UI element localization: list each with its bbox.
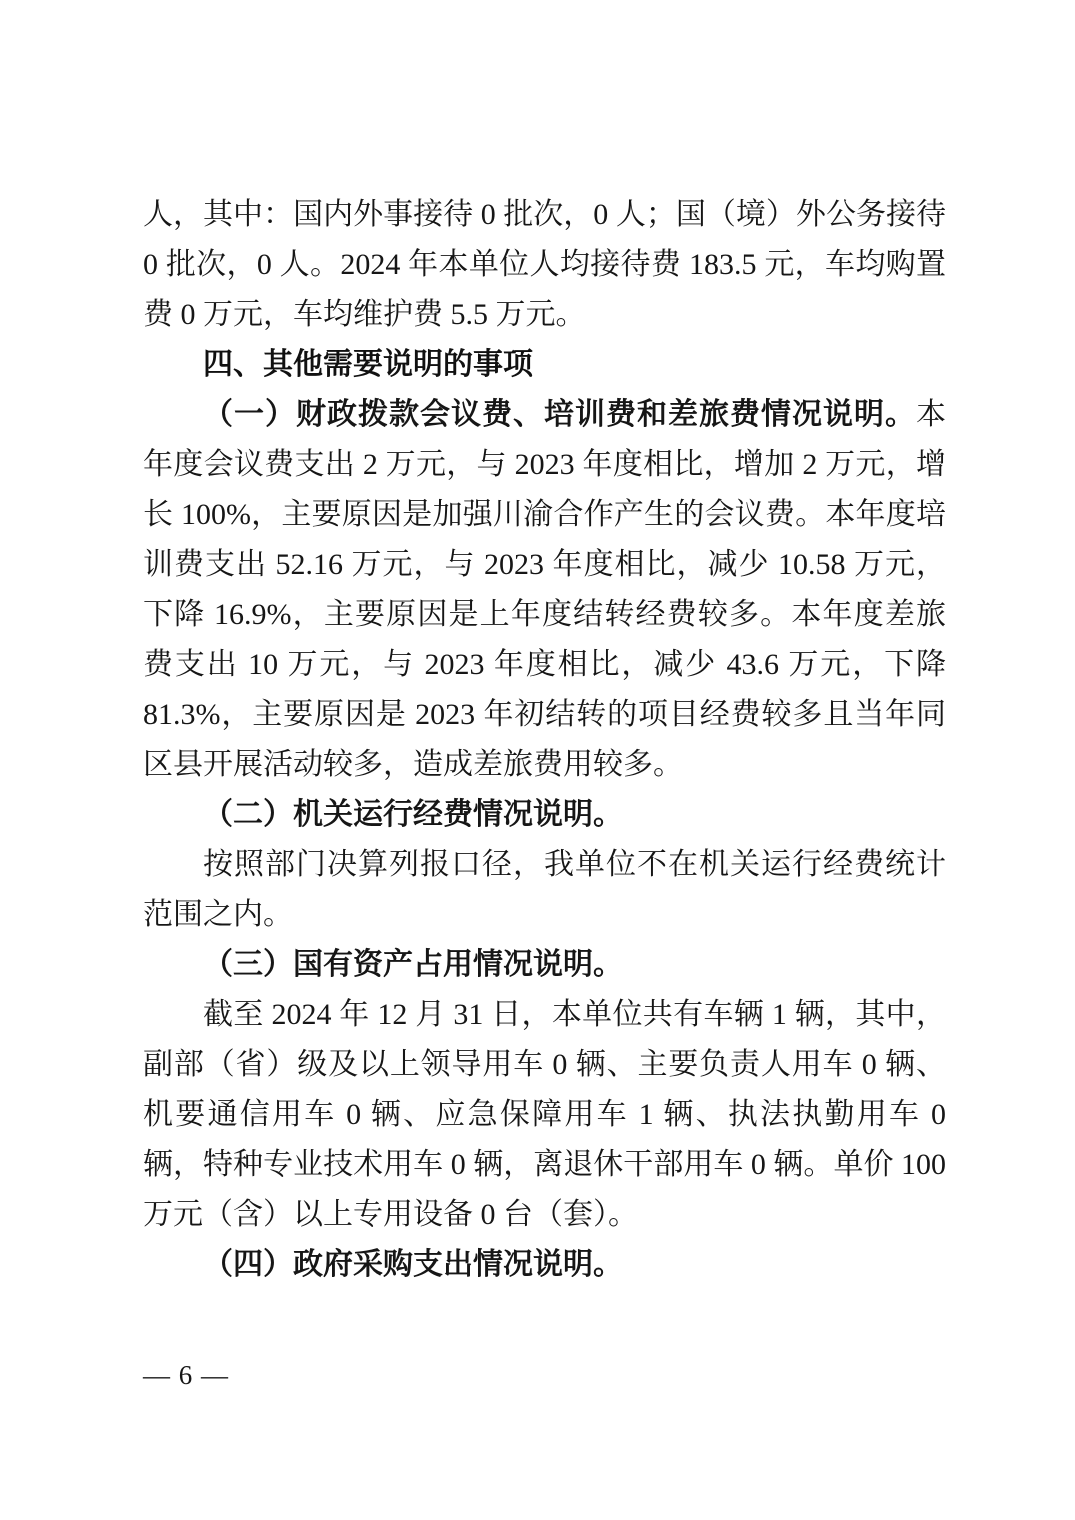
document-body: 人，其中：国内外事接待 0 批次，0 人；国（境）外公务接待 0 批次，0 人。…	[143, 190, 946, 1290]
document-page: 人，其中：国内外事接待 0 批次，0 人；国（境）外公务接待 0 批次，0 人。…	[0, 0, 1075, 1520]
paragraph-fees-explanation-text: 本年度会议费支出 2 万元，与 2023 年度相比，增加 2 万元，增长 100…	[143, 398, 946, 781]
subheading-state-assets-occupancy: （三）国有资产占用情况说明。	[143, 940, 946, 990]
paragraph-fees-explanation: （一）财政拨款会议费、培训费和差旅费情况说明。本年度会议费支出 2 万元，与 2…	[143, 390, 946, 790]
page-number: — 6 —	[143, 1355, 229, 1395]
paragraph-operating-expense-note: 按照部门决算列报口径，我单位不在机关运行经费统计范围之内。	[143, 840, 946, 940]
section-heading-other-matters: 四、其他需要说明的事项	[143, 340, 946, 390]
paragraph-state-assets-detail: 截至 2024 年 12 月 31 日，本单位共有车辆 1 辆，其中，副部（省）…	[143, 990, 946, 1240]
subheading-meeting-training-travel-fees: （一）财政拨款会议费、培训费和差旅费情况说明。	[203, 398, 916, 431]
subheading-government-procurement: （四）政府采购支出情况说明。	[143, 1240, 946, 1290]
paragraph-reception-stats: 人，其中：国内外事接待 0 批次，0 人；国（境）外公务接待 0 批次，0 人。…	[143, 190, 946, 340]
subheading-agency-operating-expense: （二）机关运行经费情况说明。	[143, 790, 946, 840]
